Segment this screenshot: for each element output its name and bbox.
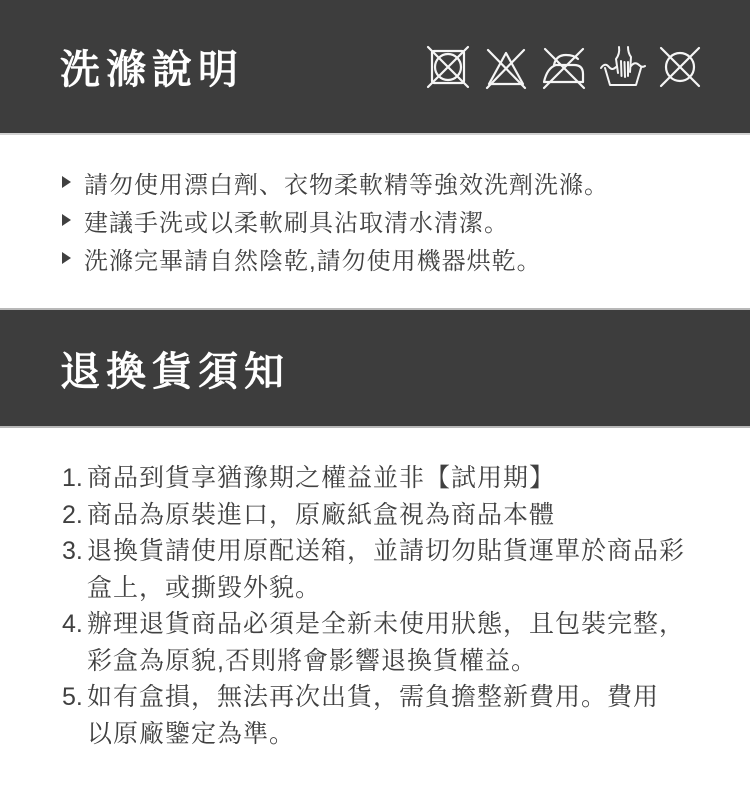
do-not-tumble-dry-icon [424, 43, 472, 91]
wash-instruction-item: 洗滌完畢請自然陰乾,請勿使用機器烘乾。 [62, 239, 710, 277]
item-number: 4. [62, 606, 87, 643]
triangle-bullet-icon [62, 214, 71, 226]
item-number: 5. [62, 679, 87, 716]
do-not-bleach-icon [482, 43, 530, 91]
return-section-header: 退換貨須知 [0, 308, 750, 428]
wash-instruction-item: 建議手洗或以柔軟刷具沾取清水清潔。 [62, 201, 710, 239]
return-policy-item: 5. 如有盒損，無法再次出貨，需負擔整新費用。費用 以原廠鑒定為準。 [62, 679, 728, 752]
wash-instruction-list: 請勿使用漂白劑、衣物柔軟精等強效洗劑洗滌。 建議手洗或以柔軟刷具沾取清水清潔。 … [0, 135, 750, 308]
return-section-title: 退換貨須知 [60, 340, 290, 397]
return-policy-item: 3. 退換貨請使用原配送箱，並請切勿貼貨運單於商品彩 盒上，或撕毀外貌。 [62, 533, 728, 606]
item-text: 如有盒損，無法再次出貨，需負擔整新費用。費用 以原廠鑒定為準。 [87, 679, 659, 752]
triangle-bullet-icon [62, 252, 71, 264]
item-number: 2. [62, 497, 87, 534]
item-text: 商品到貨享猶豫期之權益並非【試用期】 [87, 460, 555, 497]
hand-wash-icon [598, 43, 646, 91]
return-policy-item: 2. 商品為原裝進口，原廠紙盒視為商品本體 [62, 497, 728, 534]
do-not-dry-clean-icon [656, 43, 704, 91]
wash-section-header: 洗滌說明 [0, 0, 750, 135]
item-text: 退換貨請使用原配送箱，並請切勿貼貨運單於商品彩 盒上，或撕毀外貌。 [87, 533, 685, 606]
item-number: 3. [62, 533, 87, 570]
return-policy-item: 1. 商品到貨享猶豫期之權益並非【試用期】 [62, 460, 728, 497]
wash-section-title: 洗滌說明 [60, 38, 244, 95]
care-and-return-notice-page: 洗滌說明 [0, 0, 750, 788]
item-text: 辦理退貨商品必須是全新未使用狀態，且包裝完整， 彩盒為原貌,否則將會影響退換貨權… [87, 606, 685, 679]
item-number: 1. [62, 460, 87, 497]
wash-instruction-text: 請勿使用漂白劑、衣物柔軟精等強效洗劑洗滌。 [84, 165, 609, 200]
do-not-iron-icon [540, 43, 588, 91]
triangle-bullet-icon [62, 176, 71, 188]
wash-instruction-text: 洗滌完畢請自然陰乾,請勿使用機器烘乾。 [84, 241, 542, 276]
item-text: 商品為原裝進口，原廠紙盒視為商品本體 [87, 497, 555, 534]
wash-instruction-item: 請勿使用漂白劑、衣物柔軟精等強效洗劑洗滌。 [62, 163, 710, 201]
return-policy-item: 4. 辦理退貨商品必須是全新未使用狀態，且包裝完整， 彩盒為原貌,否則將會影響退… [62, 606, 728, 679]
return-policy-list: 1. 商品到貨享猶豫期之權益並非【試用期】 2. 商品為原裝進口，原廠紙盒視為商… [0, 428, 750, 752]
wash-instruction-text: 建議手洗或以柔軟刷具沾取清水清潔。 [84, 203, 509, 238]
laundry-care-icons [424, 43, 704, 91]
